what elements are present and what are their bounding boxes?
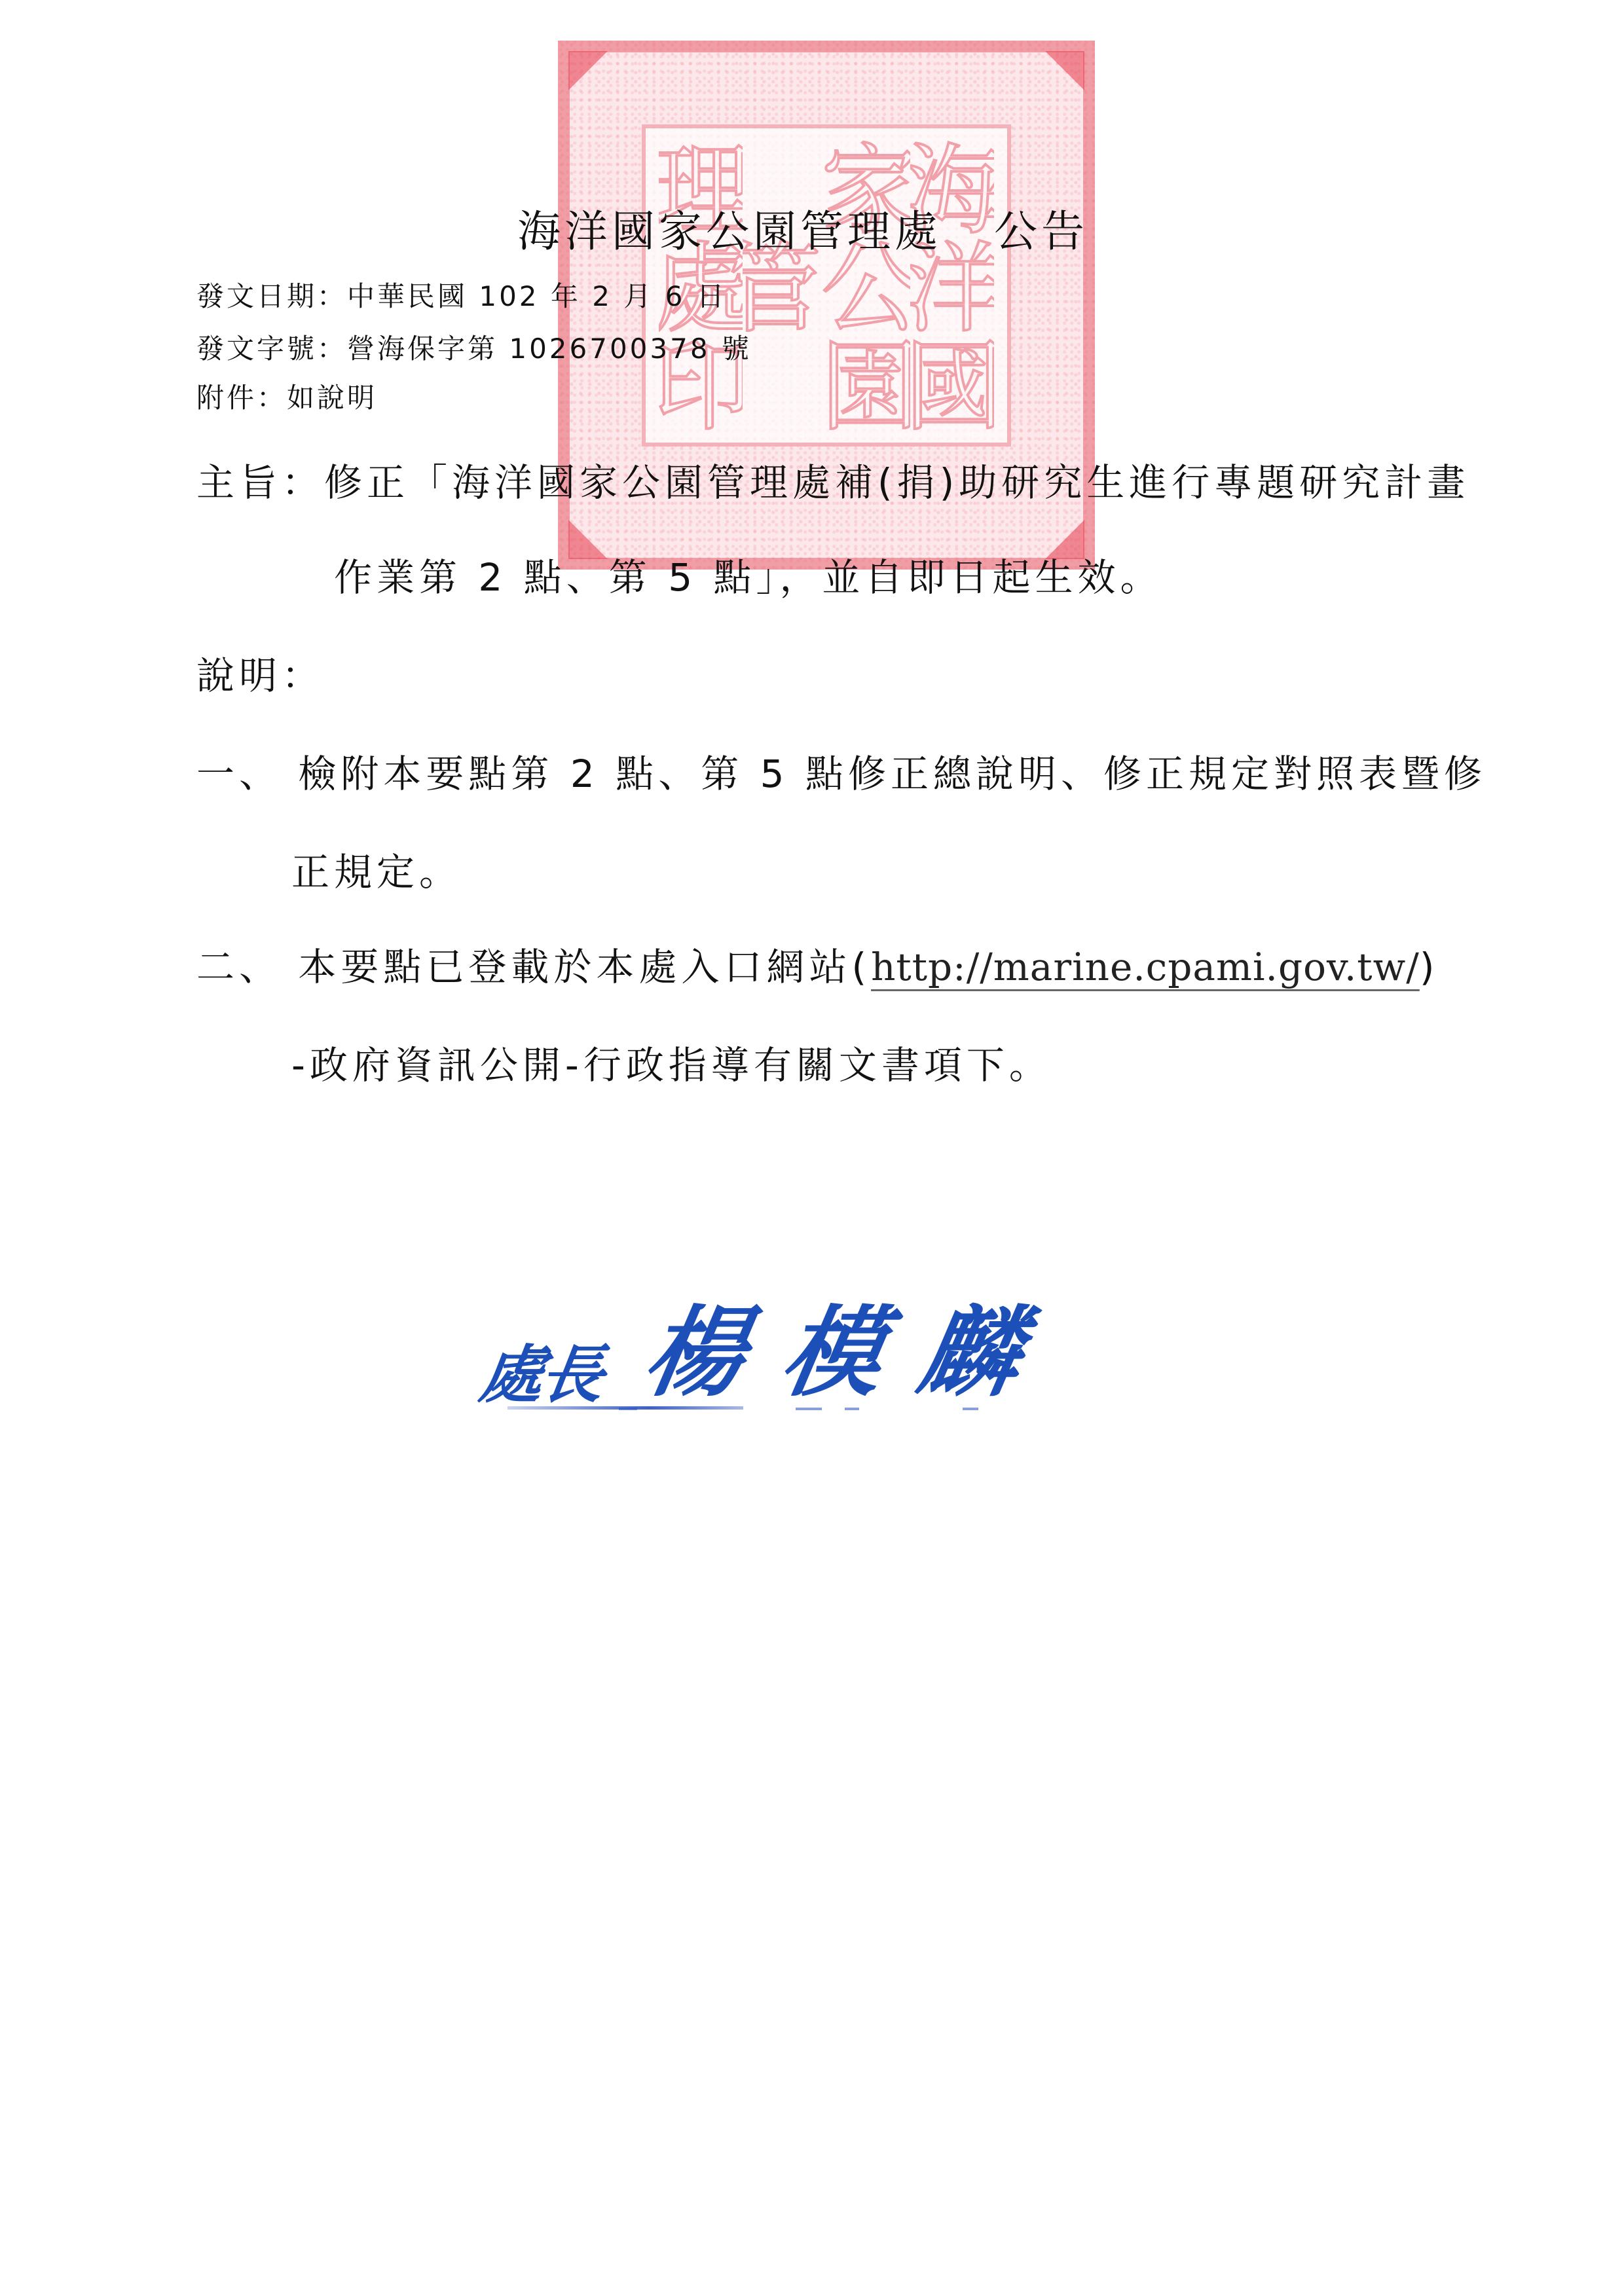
explanation-item-1-line-1: 一、 檢附本要點第 2 點、第 5 點修正總說明、修正規定對照表暨修 [196, 743, 1486, 798]
explanation-label: 說明： [196, 645, 324, 700]
signature-underline-fragment [796, 1408, 822, 1410]
document-number: 發文字號：營海保字第 1026700378 號 [196, 327, 752, 367]
website-link[interactable]: http://marine.cpami.gov.tw/ [871, 945, 1420, 989]
subject-line-2: 作業第 2 點、第 5 點」，並自即日起生效。 [334, 547, 1163, 602]
document-title: 海洋國家公園管理處公告 [517, 196, 1088, 259]
item-2-prefix: 二、 本要點已登載於本處入口網站( [196, 945, 871, 989]
issue-date: 發文日期：中華民國 102 年 2 月 6 日 [196, 275, 727, 314]
title-doc-type: 公告 [994, 206, 1088, 257]
explanation-item-2-line-1: 二、 本要點已登載於本處入口網站(http://marine.cpami.gov… [196, 936, 1439, 991]
explanation-item-2-line-2: -政府資訊公開-行政指導有關文書項下。 [291, 1034, 1052, 1089]
seal-column-middle: 家公園管 [743, 135, 910, 436]
seal-column-right: 海洋國 [910, 135, 994, 436]
director-signature: 處長 楊模麟 [481, 1273, 1060, 1415]
title-agency: 海洋國家公園管理處 [517, 206, 942, 257]
signature-name: 楊模麟 [635, 1273, 1073, 1415]
signature-title: 處長 [475, 1325, 608, 1415]
signature-underline-fragment [963, 1408, 978, 1410]
seal-corner-decoration [568, 51, 608, 90]
attachment-note: 附件：如說明 [196, 376, 377, 416]
signature-underline-fragment [619, 1408, 637, 1410]
explanation-item-1-line-2: 正規定。 [291, 841, 462, 896]
document-page: 海洋國 家公園管 理處印 海洋國家公園管理處公告 發文日期：中華民國 102 年… [0, 0, 1624, 2296]
subject-line-1: 主旨：修正「海洋國家公園管理處補(捐)助研究生進行專題研究計畫 [196, 452, 1469, 507]
seal-corner-decoration [1045, 51, 1084, 90]
item-2-suffix: ) [1420, 945, 1439, 989]
signature-underline-fragment [845, 1408, 859, 1410]
